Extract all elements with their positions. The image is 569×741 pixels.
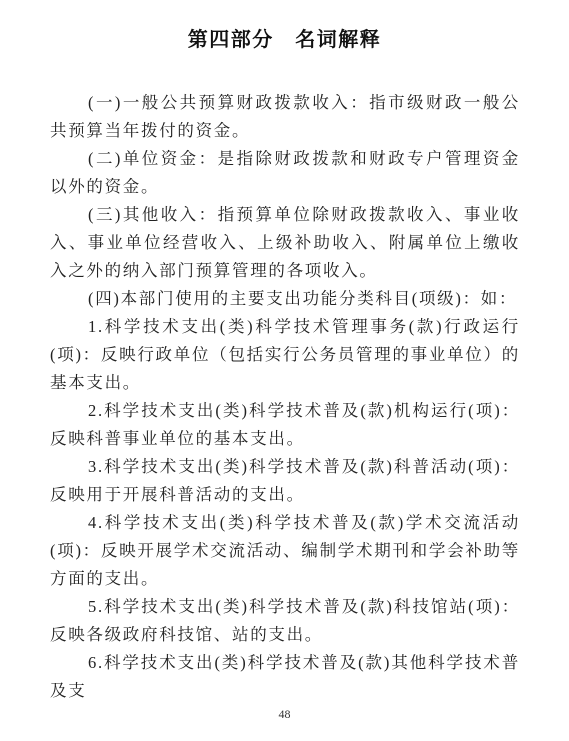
paragraph-definition-1: (一)一般公共预算财政拨款收入：指市级财政一般公共预算当年拨付的资金。: [50, 89, 520, 145]
paragraph-definition-3: (三)其他收入：指预算单位除财政拨款收入、事业收入、事业单位经营收入、上级补助收…: [50, 201, 520, 285]
paragraph-item-2: 2.科学技术支出(类)科学技术普及(款)机构运行(项)：反映科普事业单位的基本支…: [50, 397, 520, 453]
page-number: 48: [0, 707, 569, 722]
paragraph-definition-2: (二)单位资金：是指除财政拨款和财政专户管理资金以外的资金。: [50, 145, 520, 201]
paragraph-item-1: 1.科学技术支出(类)科学技术管理事务(款)行政运行(项)：反映行政单位（包括实…: [50, 313, 520, 397]
paragraph-item-5: 5.科学技术支出(类)科学技术普及(款)科技馆站(项)：反映各级政府科技馆、站的…: [50, 593, 520, 649]
paragraph-item-6: 6.科学技术支出(类)科学技术普及(款)其他科学技术普及支: [50, 649, 520, 705]
paragraph-definition-4: (四)本部门使用的主要支出功能分类科目(项级)：如：: [50, 285, 520, 313]
document-body: (一)一般公共预算财政拨款收入：指市级财政一般公共预算当年拨付的资金。 (二)单…: [50, 89, 520, 705]
page-title: 第四部分 名词解释: [0, 26, 569, 54]
document-page: 第四部分 名词解释 (一)一般公共预算财政拨款收入：指市级财政一般公共预算当年拨…: [0, 0, 569, 741]
paragraph-item-3: 3.科学技术支出(类)科学技术普及(款)科普活动(项)：反映用于开展科普活动的支…: [50, 453, 520, 509]
paragraph-item-4: 4.科学技术支出(类)科学技术普及(款)学术交流活动(项)：反映开展学术交流活动…: [50, 509, 520, 593]
